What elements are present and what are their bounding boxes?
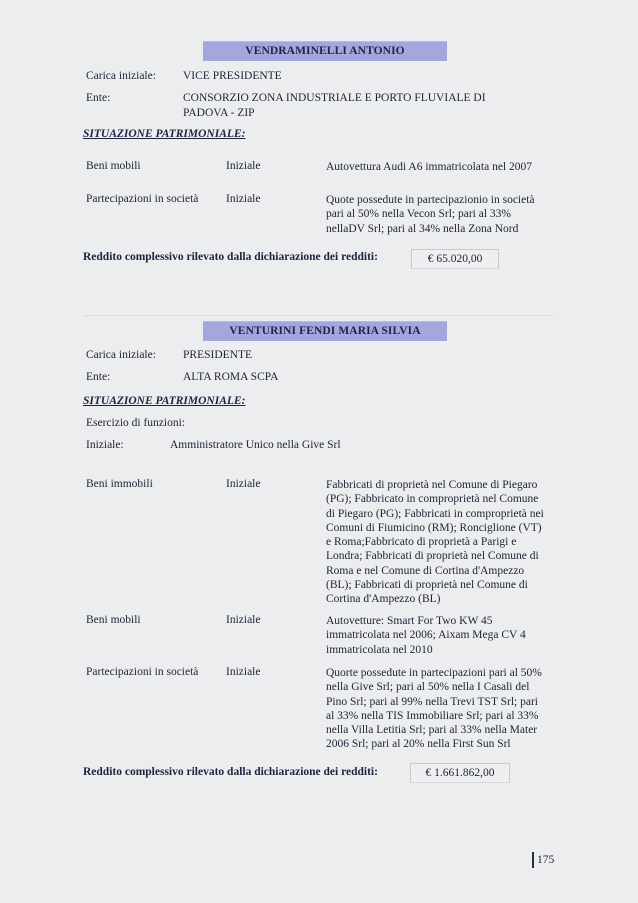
iniziale-label: Iniziale: xyxy=(86,439,124,451)
reddito-label: Reddito complessivo rilevato dalla dichi… xyxy=(83,251,378,263)
asset-status: Iniziale xyxy=(226,666,260,678)
ente-value-line1: ALTA ROMA SCPA xyxy=(183,370,278,385)
carica-value: VICE PRESIDENTE xyxy=(183,69,282,84)
asset-description: Autovettura Audi A6 immatricolata nel 20… xyxy=(326,160,548,174)
asset-description: Fabbricati di proprietà nel Comune di Pi… xyxy=(326,478,548,607)
ente-value-line2: PADOVA - ZIP xyxy=(183,106,255,121)
reddito-label: Reddito complessivo rilevato dalla dichi… xyxy=(83,766,378,778)
asset-status: Iniziale xyxy=(226,478,260,490)
asset-description: Autovetture: Smart For Two KW 45 immatri… xyxy=(326,614,548,657)
carica-value: PRESIDENTE xyxy=(183,348,252,363)
section-divider xyxy=(83,315,553,316)
iniziale-value: Amministratore Unico nella Give Srl xyxy=(170,438,341,453)
asset-category: Beni immobili xyxy=(86,478,153,490)
carica-label: Carica iniziale: xyxy=(86,70,156,82)
asset-status: Iniziale xyxy=(226,614,260,626)
asset-status: Iniziale xyxy=(226,193,260,205)
ente-label: Ente: xyxy=(86,92,110,104)
asset-category: Beni mobili xyxy=(86,160,141,172)
asset-category: Partecipazioni in società xyxy=(86,666,198,678)
person-name-header: VENDRAMINELLI ANTONIO xyxy=(203,41,447,61)
asset-status: Iniziale xyxy=(226,160,260,172)
person-name-header: VENTURINI FENDI MARIA SILVIA xyxy=(203,321,447,341)
carica-label: Carica iniziale: xyxy=(86,349,156,361)
asset-category: Partecipazioni in società xyxy=(86,193,198,205)
ente-label: Ente: xyxy=(86,371,110,383)
section-title: SITUAZIONE PATRIMONIALE: xyxy=(83,395,245,407)
esercizio-label: Esercizio di funzioni: xyxy=(86,417,185,429)
asset-description: Quorte possedute in partecipazioni pari … xyxy=(326,666,548,752)
reddito-amount: € 1.661.862,00 xyxy=(410,763,510,783)
asset-category: Beni mobili xyxy=(86,614,141,626)
page-number: 175 xyxy=(532,852,554,868)
asset-description: Quote possedute in partecipazionio in so… xyxy=(326,193,548,236)
section-title: SITUAZIONE PATRIMONIALE: xyxy=(83,128,245,140)
reddito-amount: € 65.020,00 xyxy=(411,249,499,269)
ente-value-line1: CONSORZIO ZONA INDUSTRIALE E PORTO FLUVI… xyxy=(183,91,486,106)
